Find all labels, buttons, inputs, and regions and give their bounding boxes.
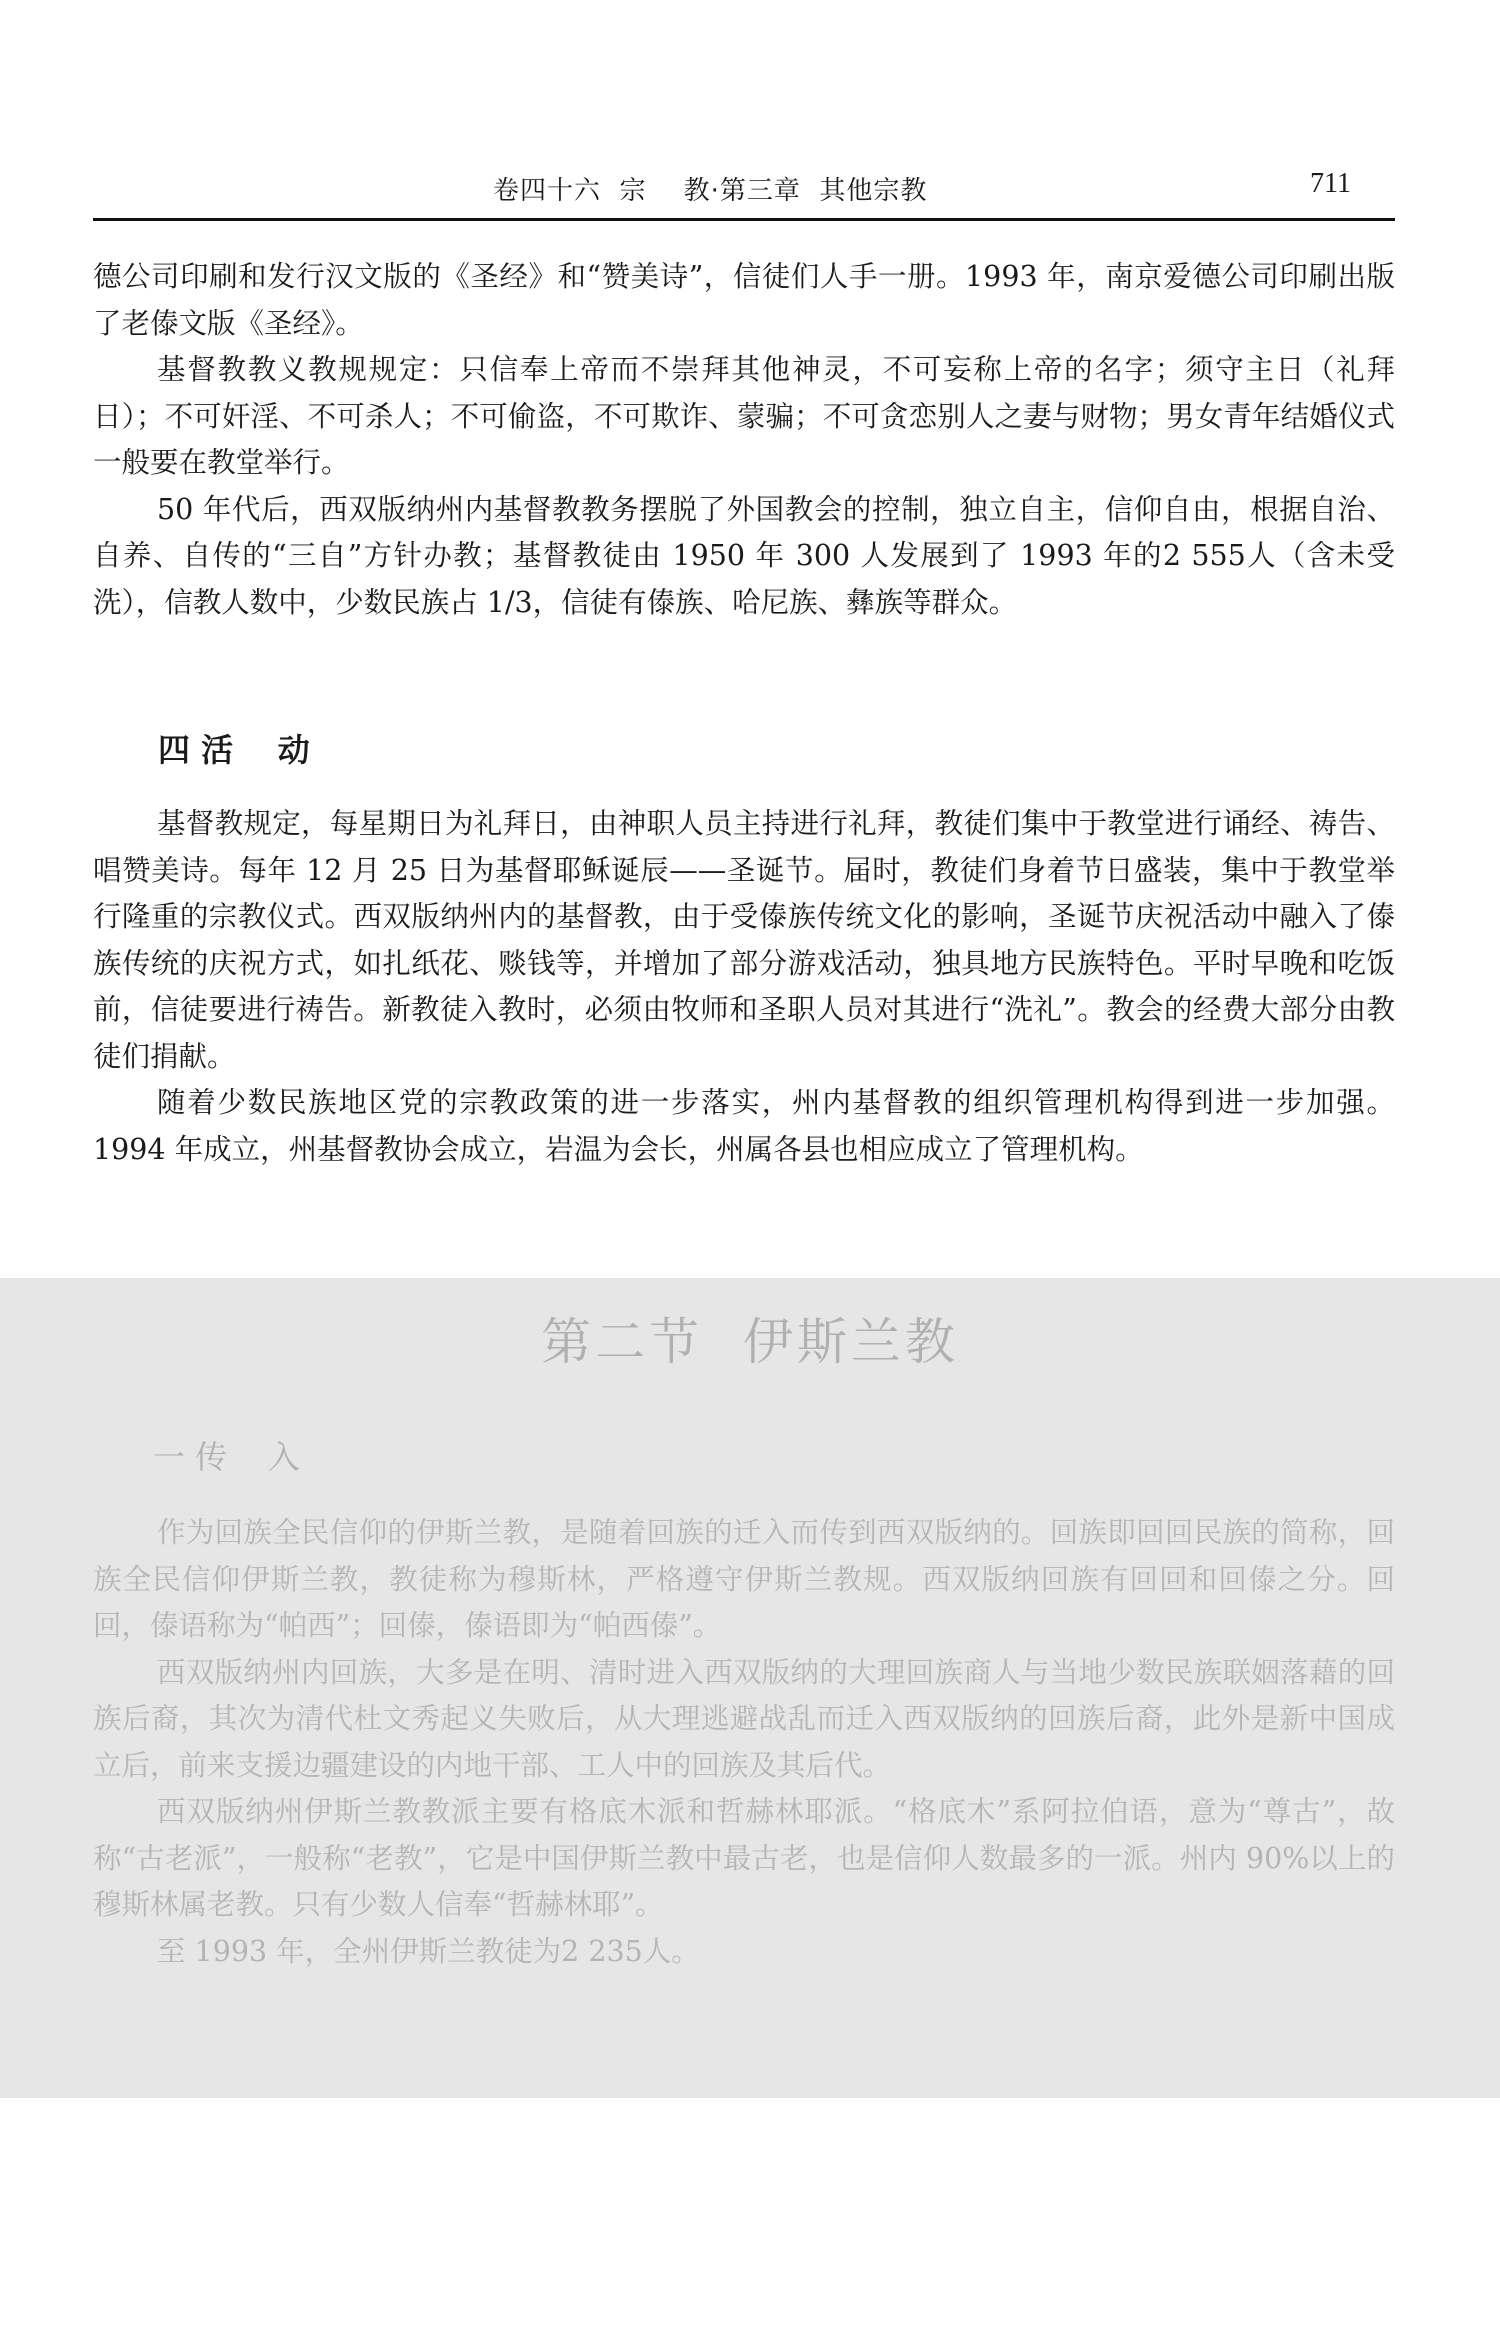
activities-text-block: 基督教规定，每星期日为礼拜日，由神职人员主持进行礼拜，教徒们集中于教堂进行诵经、…: [93, 801, 1395, 1173]
islam-text-block: 作为回族全民信仰的伊斯兰教，是随着回族的迁入而传到西双版纳的。回族即回回民族的简…: [93, 1510, 1395, 1975]
christianity-text-block: 德公司印刷和发行汉文版的《圣经》和“赞美诗”，信徒们人手一册。1993 年，南京…: [93, 254, 1395, 626]
paragraph: 随着少数民族地区党的宗教政策的进一步落实，州内基督教的组织管理机构得到进一步加强…: [93, 1080, 1395, 1173]
paragraph: 西双版纳州内回族，大多是在明、清时进入西双版纳的大理回族商人与当地少数民族联姻落…: [93, 1650, 1395, 1790]
paragraph: 基督教规定，每星期日为礼拜日，由神职人员主持进行礼拜，教徒们集中于教堂进行诵经、…: [93, 801, 1395, 1080]
paragraph: 西双版纳州伊斯兰教教派主要有格底木派和哲赫林耶派。“格底木”系阿拉伯语，意为“尊…: [93, 1789, 1395, 1929]
paragraph: 作为回族全民信仰的伊斯兰教，是随着回族的迁入而传到西双版纳的。回族即回回民族的简…: [93, 1510, 1395, 1650]
paragraph: 50 年代后，西双版纳州内基督教教务摆脱了外国教会的控制，独立自主，信仰自由，根…: [93, 487, 1395, 627]
paragraph: 基督教教义教规规定：只信奉上帝而不崇拜其他神灵，不可妄称上帝的名字；须守主日（礼…: [93, 347, 1395, 487]
subheading-introduction: 一 传 入: [153, 1432, 300, 1478]
page-header: 卷四十六 宗 教·第三章 其他宗教 711: [93, 166, 1395, 221]
paragraph: 至 1993 年，全州伊斯兰教徒为2 235人。: [93, 1929, 1395, 1976]
paragraph: 德公司印刷和发行汉文版的《圣经》和“赞美诗”，信徒们人手一册。1993 年，南京…: [93, 254, 1395, 347]
section-heading-activities: 四 活 动: [158, 725, 310, 771]
running-head: 卷四十六 宗 教·第三章 其他宗教: [493, 170, 927, 207]
page-number: 711: [1310, 168, 1351, 200]
section-title-islam: 第二节 伊斯兰教: [0, 1302, 1500, 1374]
